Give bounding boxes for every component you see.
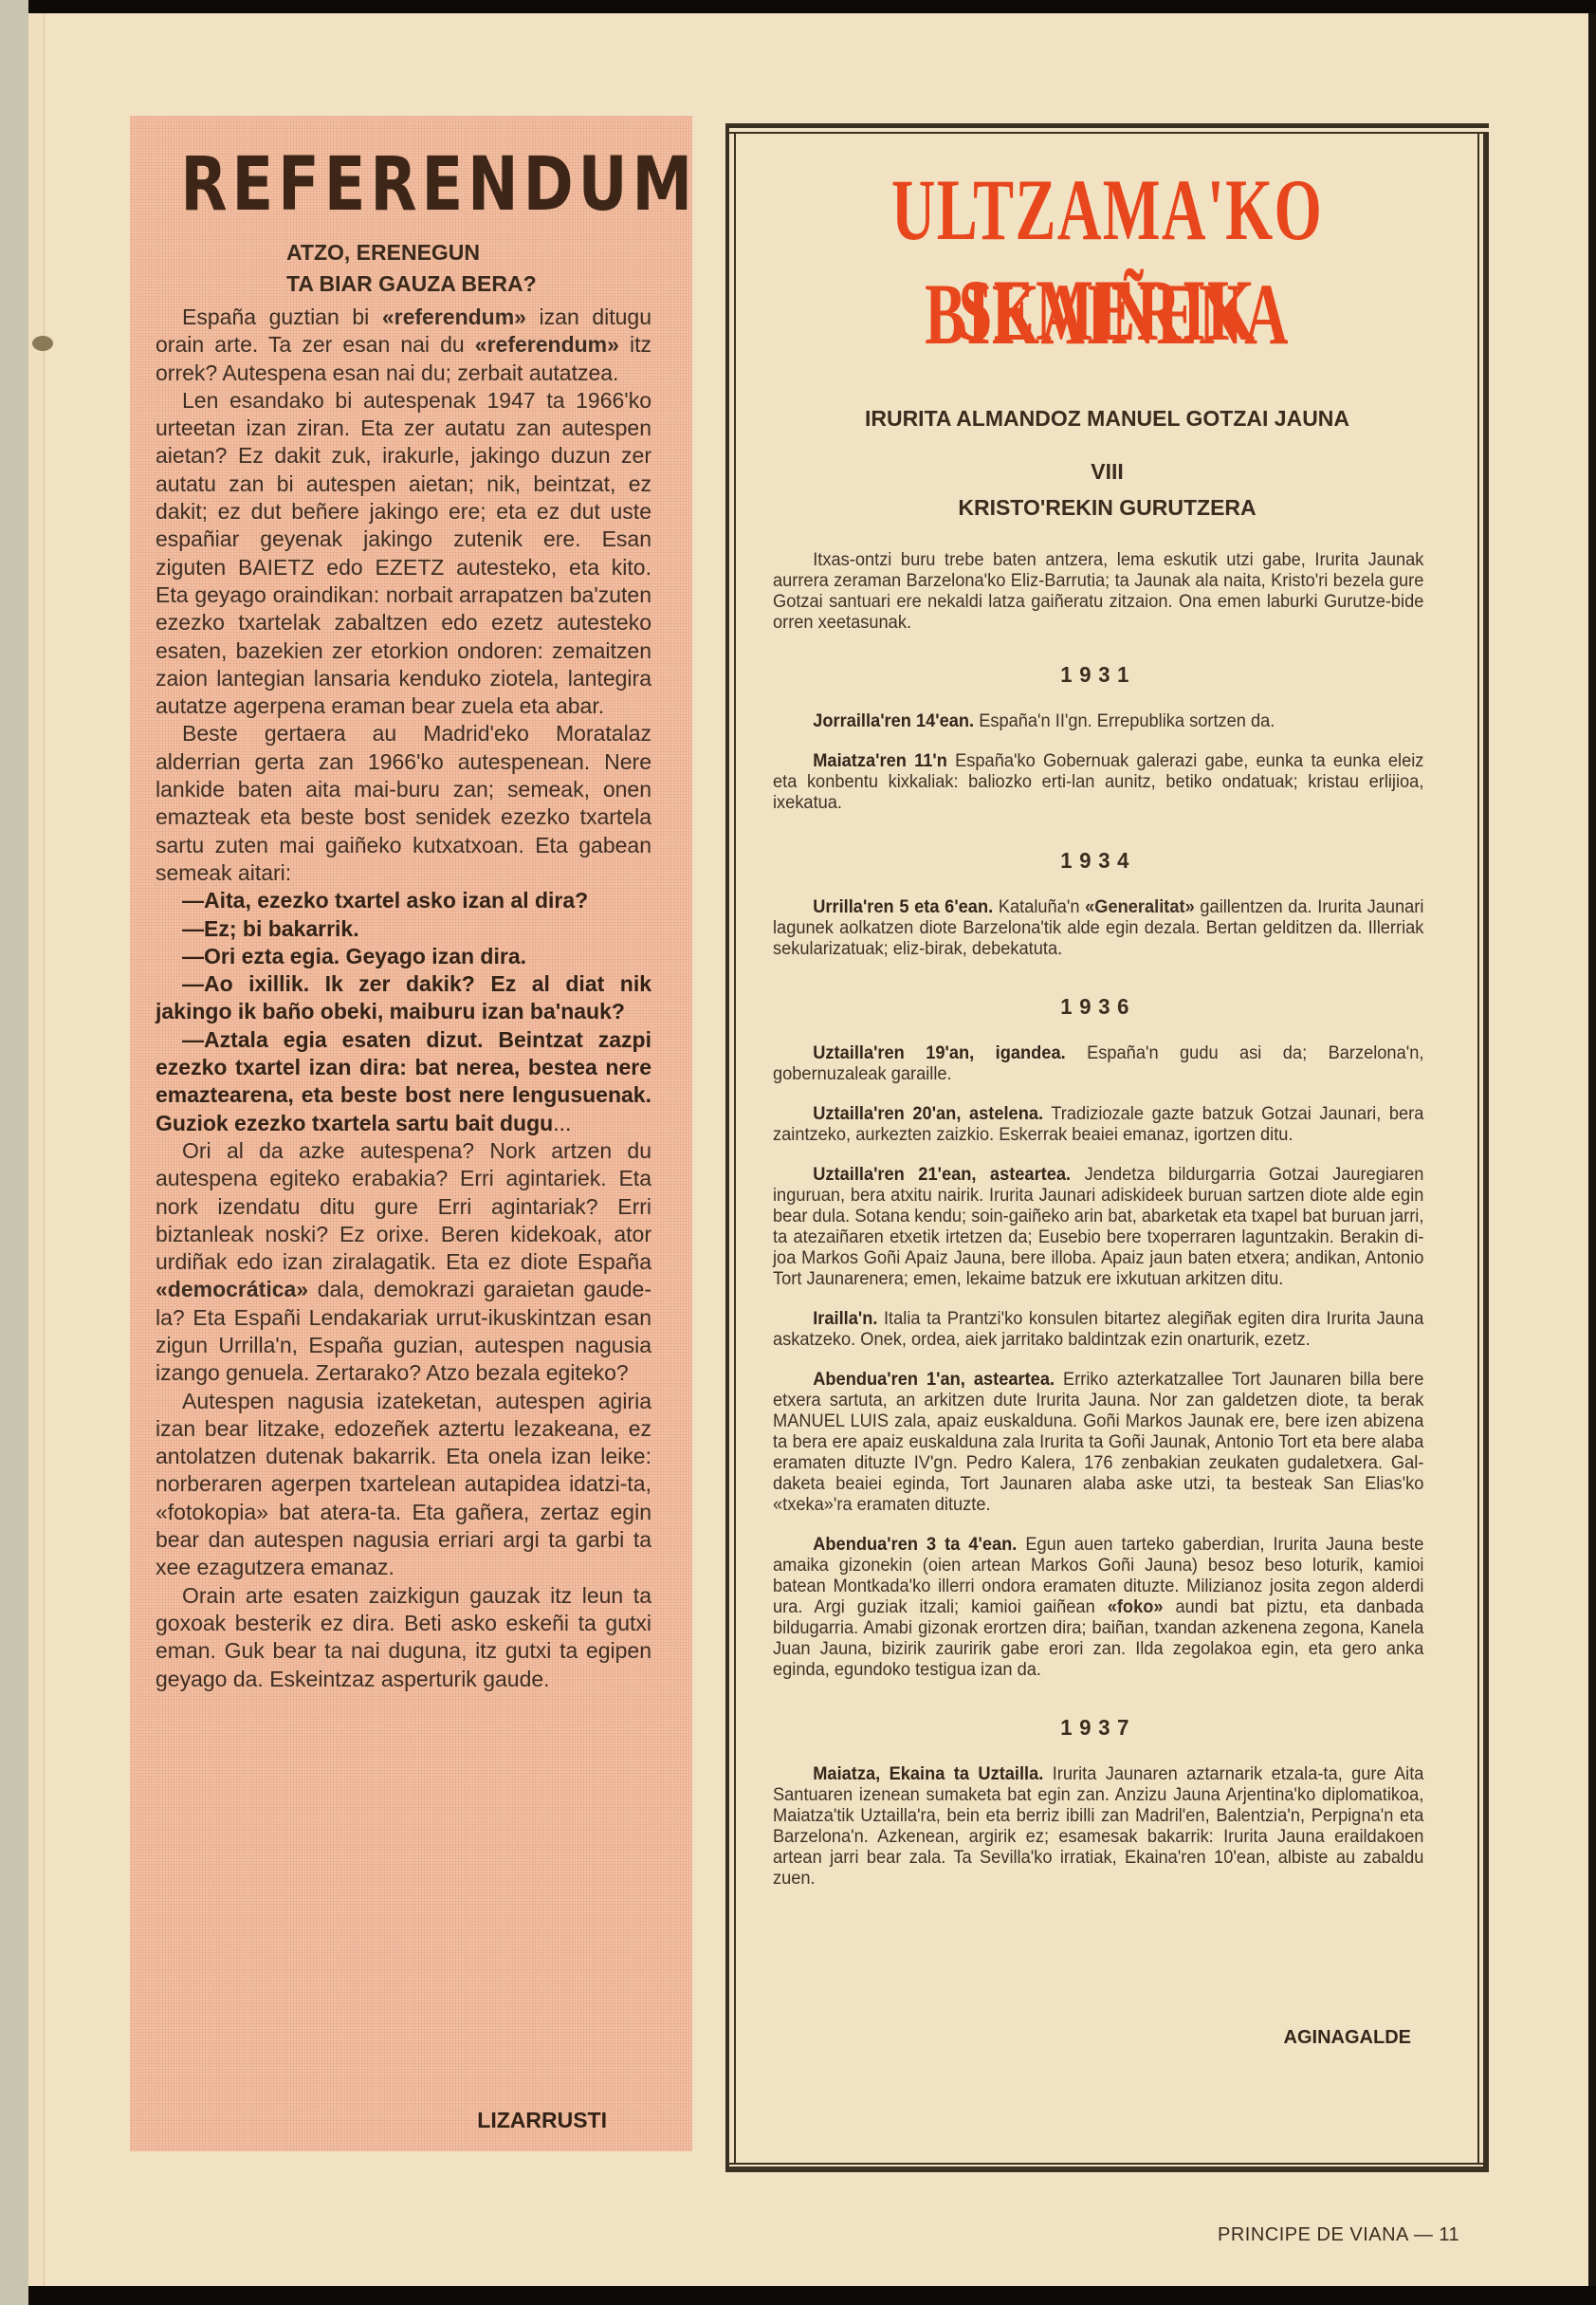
entry-date: Maiatza, Ekaina ta Uztailla. [813,1764,1043,1784]
frame-rule [1477,134,1479,2164]
binding-pin [32,336,53,351]
subtitle-line: TA BIAR GAUZA BERA? [286,268,628,300]
entry-date: Irailla'n. [813,1309,877,1329]
frame-rule [725,2167,1489,2172]
dialog-line: —Aita, ezezko txartel asko izan al dira? [156,887,651,914]
year-heading: 1937 [773,1717,1423,1738]
paragraph: Autespen nagusia izateketan, autespen ag… [156,1388,651,1582]
chronology-entry: Uztailla'ren 21'ean, asteartea. Jendetza… [773,1165,1423,1290]
subtitle-line: ATZO, ERENEGUN [286,237,628,268]
referendum-article: REFERENDUM ATZO, ERENEGUN TA BIAR GAUZA … [130,116,692,2151]
chronology-entry: Urrilla'ren 5 eta 6'ean. Kataluña'n «Gen… [773,897,1423,960]
article-subtitle: IRURITA ALMANDOZ MANUEL GOTZAI JAUNA [744,406,1470,432]
chronology-entry: Uztailla'ren 19'an, igandea. España'n gu… [773,1043,1423,1085]
dialog-line: —Ori ezta egia. Geyago izan dira. [156,943,651,970]
entry-date: Maiatza'ren 11'n [813,751,947,771]
entry-date: Urrilla'ren 5 eta 6'ean. [813,897,993,917]
frame-rule [1483,134,1489,2170]
year-heading: 1936 [773,996,1423,1017]
part-number: VIII [744,459,1470,485]
author-signature: AGINAGALDE [1284,2027,1411,2049]
year-heading: 1931 [773,664,1423,685]
publication-name: PRINCIPE DE VIANA [1218,2224,1408,2245]
author-signature: LIZARRUSTI [477,2108,607,2133]
intro-paragraph: Itxas-ontzi buru trebe baten antzera, le… [773,550,1423,634]
entry-date: Uztailla'ren 21'ean, asteartea. [813,1165,1071,1185]
article-body: España guztian bi «referendum» izan ditu… [156,304,651,1693]
scan-top-border [28,0,1596,13]
article-title-line-2: BIKAIÑENA [853,264,1362,364]
chronology-entry: Irailla'n. Italia ta Prantzi'ko konsulen… [773,1309,1423,1351]
frame-rule [725,2163,1489,2165]
entry-date: Jorrailla'ren 14'ean. [813,711,974,731]
paragraph: Len esandako bi autespenak 1947 ta 1966'… [156,387,651,721]
paragraph: España guztian bi «referendum» izan ditu… [156,304,651,387]
frame-rule [725,132,1489,134]
year-heading: 1934 [773,850,1423,871]
chronology-entry: Maiatza'ren 11'n España'ko Gobernuak gal… [773,751,1423,814]
chronology-entry: Abendua'ren 3 ta 4'ean. Egun auen tartek… [773,1535,1423,1681]
paragraph: Orain arte esaten zaizkigun gauzak itz l… [156,1582,651,1693]
page-binding-strip [0,0,28,2305]
article-body: Itxas-ontzi buru trebe baten antzera, le… [773,550,1423,1926]
scan-right-border [1588,13,1596,2286]
entry-date: Abendua'ren 1'an, asteartea. [813,1370,1055,1390]
entry-date: Abendua'ren 3 ta 4'ean. [813,1535,1017,1555]
dialog-line: —Aztala egia esaten dizut. Beintzat zazp… [156,1026,651,1137]
entry-text: Erriko azterkatzallee Tort Jaunaren bill… [773,1370,1423,1515]
chronology-entry: Maiatza, Ekaina ta Uztailla. Irurita Jau… [773,1764,1423,1890]
entry-text: Egun auen tarteko gaberdian, Irurita Jau… [773,1535,1423,1680]
entry-date: Uztailla'ren 19'an, igandea. [813,1043,1065,1063]
article-title: REFERENDUM [180,142,641,228]
paragraph: Ori al da azke autespena? Nork artzen du… [156,1137,651,1388]
dialog-line: —Ao ixillik. Ik zer dakik? Ez al diat ni… [156,970,651,1026]
article-subtitle: ATZO, ERENEGUN TA BIAR GAUZA BERA? [286,237,628,300]
entry-date: Uztailla'ren 20'an, astelena. [813,1104,1043,1124]
frame-rule [725,123,1489,128]
chronology-entry: Jorrailla'ren 14'ean. España'n II'gn. Er… [773,711,1423,732]
chronology-entry: Uztailla'ren 20'an, astelena. Tradizioza… [773,1104,1423,1146]
ultzama-article: ULTZAMA'KO SEMERIK BIKAIÑENA IRURITA ALM… [725,123,1487,2170]
entry-text: España'n II'gn. Errepublika sortzen da. [974,711,1275,731]
section-title: KRISTO'REKIN GURUTZERA [744,495,1470,521]
page-number: 11 [1439,2224,1459,2245]
dialog-line: —Ez; bi bakarrik. [156,915,651,943]
paragraph: Beste gertaera au Madrid'eko Morata­laz … [156,720,651,887]
chronology-entry: Abendua'ren 1'an, asteartea. Erriko azte… [773,1370,1423,1516]
page-footer: PRINCIPE DE VIANA — 11 [1218,2224,1459,2246]
scan-bottom-border [28,2286,1596,2305]
frame-rule [725,123,729,2170]
footer-separator: — [1414,2224,1434,2245]
frame-rule [734,134,736,2164]
